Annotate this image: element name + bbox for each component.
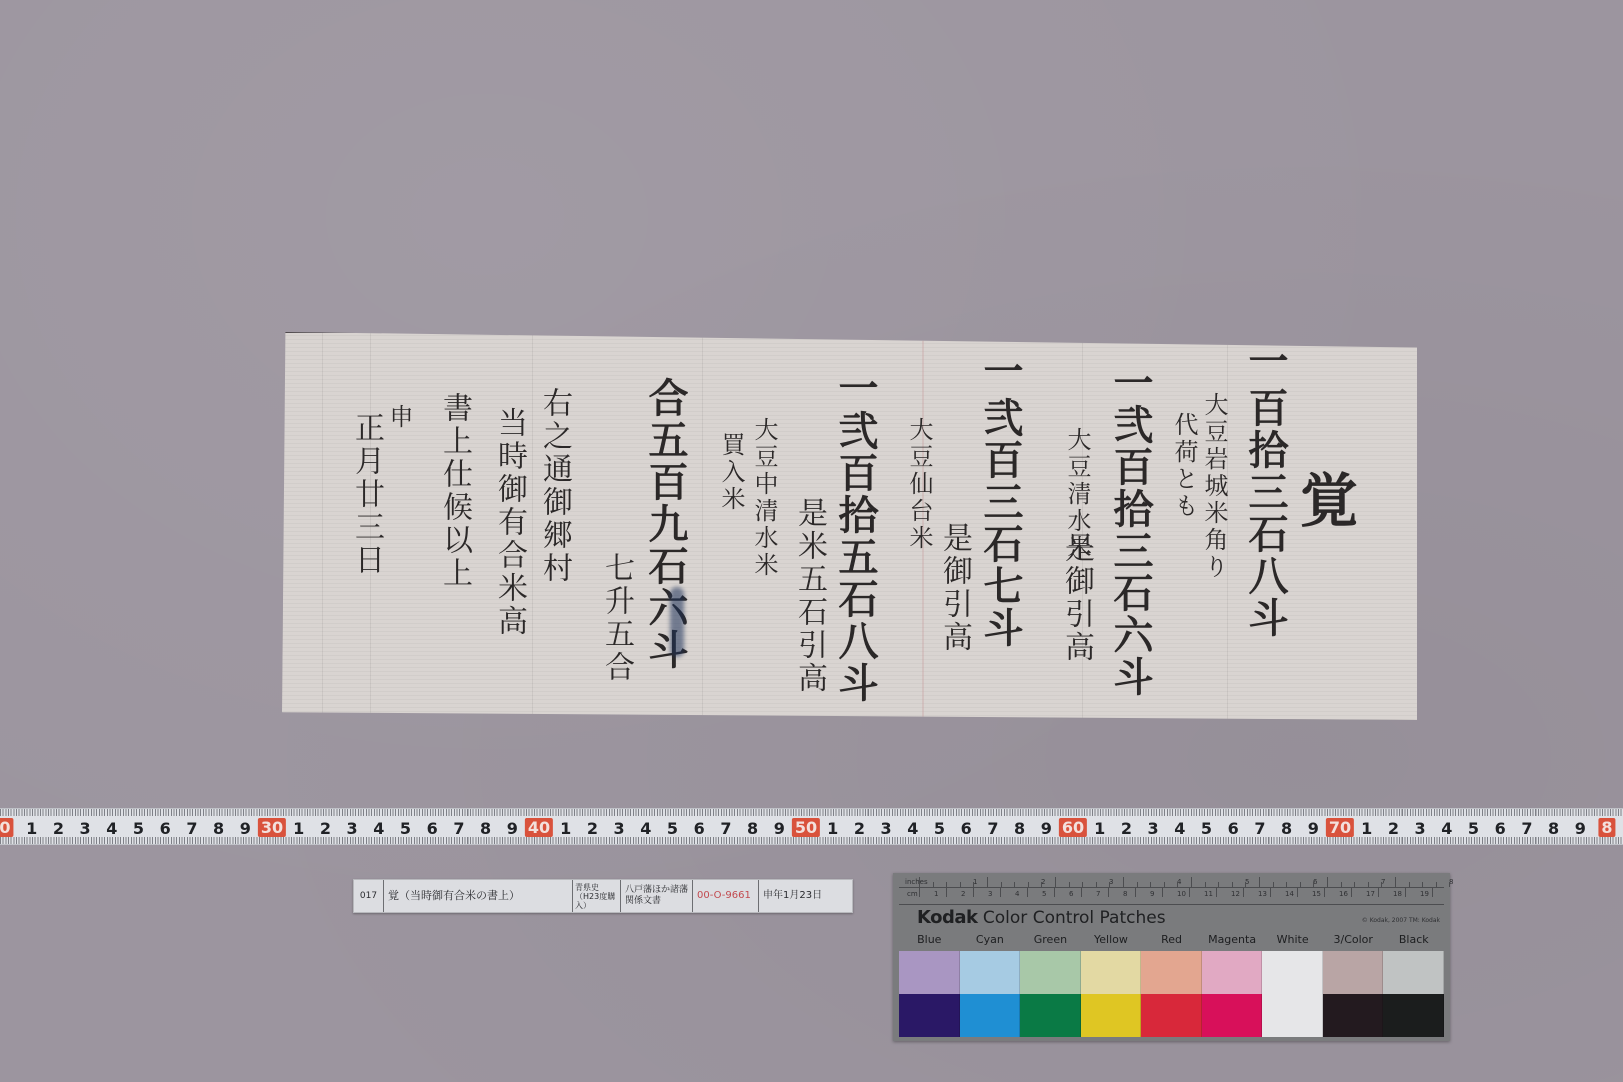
ruler-decade-label: 40 (525, 818, 553, 837)
kodak-tick (1300, 882, 1301, 887)
kodak-tick (1351, 887, 1352, 897)
color-patch-light (1081, 951, 1142, 994)
ruler-cm-label: 5 (1201, 819, 1212, 838)
kodak-cm-label: 11 (1204, 890, 1213, 898)
ruler-cm-label: 8 (213, 819, 224, 838)
ruler-decade-label: 0 (0, 818, 14, 837)
kodak-tick (1177, 882, 1178, 887)
kodak-tick (1135, 887, 1136, 897)
kodak-cm-label: 8 (1123, 890, 1127, 898)
kodak-tick (1273, 882, 1274, 887)
ruler-decade-label: 30 (258, 818, 286, 837)
kodak-tick (1286, 882, 1287, 887)
ruler-cm-label: 1 (26, 819, 37, 838)
catalog-date: 申年1月23日 (759, 880, 852, 912)
ruler-cm-label: 1 (560, 819, 571, 838)
patch-label-green: Green (1020, 933, 1081, 947)
photo-stage: 覚 一 百拾三石八斗 大豆岩城米角り 代荷とも 一 弐百拾三石六斗 大豆清水米 … (0, 0, 1623, 1082)
item-note: 買入米 (714, 432, 749, 513)
kodak-tick (1069, 882, 1070, 887)
kodak-tick (1354, 882, 1355, 887)
ruler-cm-label: 9 (240, 819, 251, 838)
item-amount: 百拾三石八斗 (1237, 387, 1294, 639)
kodak-tick (1162, 887, 1163, 897)
ruler-cm-label: 4 (1174, 819, 1185, 838)
kodak-tick (1096, 882, 1097, 887)
item-note: 是御引高 (1054, 532, 1098, 664)
ruler-ticks (0, 837, 1623, 844)
kodak-tick (1297, 887, 1298, 897)
kodak-tick (1324, 887, 1325, 897)
ruler-cm-label: 9 (507, 819, 518, 838)
ruler-cm-label: 4 (640, 819, 651, 838)
catalog-id: 00-O-9661 (693, 880, 759, 912)
kodak-tick (1041, 882, 1042, 887)
ruler-cm-label: 6 (1495, 819, 1506, 838)
color-patch-light (1262, 951, 1323, 1037)
ruler-cm-label: 5 (133, 819, 144, 838)
ruler-cm-label: 7 (453, 819, 464, 838)
kodak-tick (1243, 887, 1244, 897)
patch-label-3-color: 3/Color (1323, 933, 1384, 947)
ruler-cm-label: 6 (160, 819, 171, 838)
total-amount: 合五百九石六斗 (637, 377, 694, 671)
ruler-decade-label: 70 (1326, 818, 1354, 837)
item-note: 代荷とも (1167, 412, 1202, 520)
paper-top-edge (962, 329, 1342, 333)
ruler-cm-label: 1 (1094, 819, 1105, 838)
kodak-tick (1270, 887, 1271, 897)
patch-label-red: Red (1141, 933, 1202, 947)
ruler-ticks (0, 809, 1623, 816)
kodak-tick (1327, 877, 1328, 887)
kodak-tick (1055, 877, 1056, 887)
ruler-cm-label: 9 (1041, 819, 1052, 838)
kodak-tick (1245, 882, 1246, 887)
ruler-cm-label: 2 (1121, 819, 1132, 838)
kodak-tick (973, 882, 974, 887)
patch-label-white: White (1262, 933, 1323, 947)
ruler-cm-label: 3 (1415, 819, 1426, 838)
kodak-tick (1109, 882, 1110, 887)
kodak-tick (1014, 882, 1015, 887)
ruler-cm-label: 5 (1468, 819, 1479, 838)
kodak-cm-label: 14 (1285, 890, 1294, 898)
ruler-cm-label: 5 (400, 819, 411, 838)
kodak-cm-label: 2 (961, 890, 965, 898)
ruler-cm-label: 8 (747, 819, 758, 838)
kodak-cm-label: 16 (1339, 890, 1348, 898)
kodak-tick (1123, 877, 1124, 887)
kodak-tick (1108, 887, 1109, 897)
ruler-cm-label: 5 (667, 819, 678, 838)
kodak-ruler: inches12345678cm123456789101112131415161… (899, 877, 1444, 905)
kodak-tick (1054, 887, 1055, 897)
patch-names: BlueCyanGreenYellowRedMagentaWhite3/Colo… (899, 933, 1444, 947)
ruler-cm-label: 7 (987, 819, 998, 838)
kodak-tick (1449, 882, 1450, 887)
kodak-tick (1191, 877, 1192, 887)
ruler-cm-label: 3 (614, 819, 625, 838)
item-note: 是御引高 (932, 522, 976, 654)
patch-label-cyan: Cyan (960, 933, 1021, 947)
item-note: 大豆中清水米 (747, 417, 782, 579)
catalog-title: 覚（当時御有合米の書上） (384, 880, 573, 912)
ruler-cm-label: 3 (881, 819, 892, 838)
kodak-cm-label: 19 (1420, 890, 1429, 898)
ruler-cm-label: 7 (720, 819, 731, 838)
paper-fold (322, 332, 323, 720)
kodak-tick (973, 887, 974, 897)
kodak-tick (1378, 887, 1379, 897)
kodak-cm-label: 17 (1366, 890, 1375, 898)
kodak-tick (987, 877, 988, 887)
kodak-tick (1189, 887, 1190, 897)
ruler-cm-label: 8 (1281, 819, 1292, 838)
ruler-cm-label: 3 (347, 819, 358, 838)
color-patch-dark (960, 994, 1021, 1037)
document-title: 覚 (1282, 470, 1366, 532)
kodak-tick (1313, 882, 1314, 887)
kodak-tick (1381, 882, 1382, 887)
kodak-cm-label: 3 (988, 890, 992, 898)
paper-fold (702, 332, 703, 720)
ruler-cm-label: 9 (1308, 819, 1319, 838)
ruler-cm-label: 4 (907, 819, 918, 838)
kodak-tick (919, 877, 920, 887)
kodak-tick (1082, 882, 1083, 887)
paper-top-edge (282, 329, 922, 333)
color-patch-dark (1141, 994, 1202, 1037)
kodak-tick (1405, 887, 1406, 897)
kodak-tick (960, 882, 961, 887)
ruler-cm-label: 6 (694, 819, 705, 838)
kodak-cm-label: 10 (1177, 890, 1186, 898)
item-amount: 弐百拾五石八斗 (827, 410, 884, 704)
kodak-tick (1028, 882, 1029, 887)
historical-document: 覚 一 百拾三石八斗 大豆岩城米角り 代荷とも 一 弐百拾三石六斗 大豆清水米 … (282, 332, 1417, 720)
kodak-title: Kodak Color Control Patches (917, 907, 1166, 928)
ruler-cm-label: 3 (1148, 819, 1159, 838)
ruler-decade-label: 50 (792, 818, 820, 837)
item-mark: 一 (972, 350, 1029, 392)
ruler-cm-label: 4 (1441, 819, 1452, 838)
ruler-cm-label: 8 (1548, 819, 1559, 838)
kodak-tick (1205, 882, 1206, 887)
color-patch-light (899, 951, 960, 994)
kodak-tick (1216, 887, 1217, 897)
kodak-tick (1001, 882, 1002, 887)
ruler-cm-label: 7 (1254, 819, 1265, 838)
kodak-brand: Kodak (917, 907, 978, 928)
kodak-cm-label: 7 (1096, 890, 1100, 898)
catalog-collection: 八戸藩ほか諸藩関係文書 (621, 880, 693, 912)
color-patch-dark (1323, 994, 1384, 1037)
catalog-source: 青県史（H23度購入） (573, 880, 621, 912)
color-patch-light (1020, 951, 1081, 994)
ruler-cm-label: 8 (1014, 819, 1025, 838)
ruler-cm-label: 2 (1388, 819, 1399, 838)
catalog-number: 017 (354, 880, 384, 912)
patch-label-blue: Blue (899, 933, 960, 947)
kodak-cm-label: 15 (1312, 890, 1321, 898)
closing-line: 当時御有合米高 (487, 407, 531, 638)
color-patch-light (1323, 951, 1384, 994)
patch-label-magenta: Magenta (1202, 933, 1263, 947)
ruler-cm-label: 1 (1361, 819, 1372, 838)
color-patch-dark (1202, 994, 1263, 1037)
color-patch-dark (1383, 994, 1444, 1037)
item-mark: 一 (827, 367, 884, 409)
item-amount: 弐百三石七斗 (972, 397, 1029, 649)
kodak-cm-label: cm (907, 890, 918, 898)
ruler-cm-label: 7 (1521, 819, 1532, 838)
ruler-cm-label: 9 (774, 819, 785, 838)
ruler-cm-label: 8 (480, 819, 491, 838)
color-patch-light (1383, 951, 1444, 994)
kodak-tick (1218, 882, 1219, 887)
ruler-cm-label: 1 (827, 819, 838, 838)
kodak-copyright: © Kodak, 2007 TM: Kodak (1362, 917, 1440, 924)
kodak-tick (1368, 882, 1369, 887)
ruler-decade-label: 60 (1059, 818, 1087, 837)
item-note: 是米五石引高 (787, 497, 831, 695)
kodak-cm-label: 18 (1393, 890, 1402, 898)
color-patch-light (1202, 951, 1263, 994)
ruler-cm-label: 2 (320, 819, 331, 838)
kodak-cm-label: 13 (1258, 890, 1267, 898)
ink-smudge (670, 587, 684, 657)
closing-line: 右之通御郷村 (532, 387, 576, 585)
kodak-tick (1164, 882, 1165, 887)
kodak-tick (1027, 887, 1028, 897)
ruler-decade-label: 8 (1598, 818, 1615, 837)
measuring-tape: 0123456789301234567894012345678950123456… (0, 808, 1623, 845)
kodak-tick (946, 882, 947, 887)
closing-line: 書上仕候以上 (432, 392, 476, 590)
catalog-label: 017 覚（当時御有合米の書上） 青県史（H23度購入） 八戸藩ほか諸藩関係文書… (353, 879, 853, 913)
kodak-cm-label: 5 (1042, 890, 1046, 898)
ruler-cm-label: 2 (53, 819, 64, 838)
kodak-tick (1232, 882, 1233, 887)
kodak-tick (1432, 887, 1433, 897)
kodak-product: Color Control Patches (983, 908, 1166, 928)
kodak-tick (1422, 882, 1423, 887)
total-amount-cont: 七升五合 (594, 552, 638, 684)
kodak-cm-label: 4 (1015, 890, 1019, 898)
item-mark: 一 (1237, 340, 1294, 382)
ruler-cm-label: 6 (427, 819, 438, 838)
kodak-tick (1259, 877, 1260, 887)
patch-label-yellow: Yellow (1081, 933, 1142, 947)
ruler-cm-label: 1 (293, 819, 304, 838)
kodak-ruler-line (899, 887, 1444, 888)
kodak-cm-label: 12 (1231, 890, 1240, 898)
ruler-cm-label: 6 (1228, 819, 1239, 838)
color-patches (899, 951, 1444, 1037)
kodak-tick (1150, 882, 1151, 887)
ruler-cm-label: 4 (373, 819, 384, 838)
ruler-cm-label: 2 (854, 819, 865, 838)
date-day: 正月廿三日 (344, 412, 388, 577)
kodak-tick (1137, 882, 1138, 887)
ruler-cm-label: 2 (587, 819, 598, 838)
item-mark: 一 (1102, 362, 1159, 404)
kodak-inch-label: inches (905, 878, 928, 886)
kodak-tick (1341, 882, 1342, 887)
color-patch-light (960, 951, 1021, 994)
kodak-tick (919, 887, 920, 897)
ruler-cm-label: 5 (934, 819, 945, 838)
color-patch-dark (1081, 994, 1142, 1037)
color-patch-dark (1020, 994, 1081, 1037)
ruler-cm-label: 3 (80, 819, 91, 838)
kodak-tick (1081, 887, 1082, 897)
kodak-color-card: inches12345678cm123456789101112131415161… (893, 873, 1450, 1041)
kodak-cm-label: 6 (1069, 890, 1073, 898)
item-note: 大豆岩城米角り (1197, 392, 1232, 581)
color-patch-light (1141, 951, 1202, 994)
ruler-cm-label: 4 (106, 819, 117, 838)
kodak-tick (1436, 882, 1437, 887)
kodak-cm-label: 9 (1150, 890, 1154, 898)
ruler-cm-label: 6 (961, 819, 972, 838)
item-amount: 弐百拾三石六斗 (1102, 404, 1159, 698)
kodak-tick (933, 882, 934, 887)
kodak-tick (1395, 877, 1396, 887)
kodak-tick (1409, 882, 1410, 887)
ruler-cm-label: 7 (186, 819, 197, 838)
ruler-cm-label: 9 (1575, 819, 1586, 838)
kodak-tick (1000, 887, 1001, 897)
kodak-tick (946, 887, 947, 897)
kodak-cm-label: 1 (934, 890, 938, 898)
patch-label-black: Black (1384, 933, 1445, 947)
color-patch-dark (899, 994, 960, 1037)
